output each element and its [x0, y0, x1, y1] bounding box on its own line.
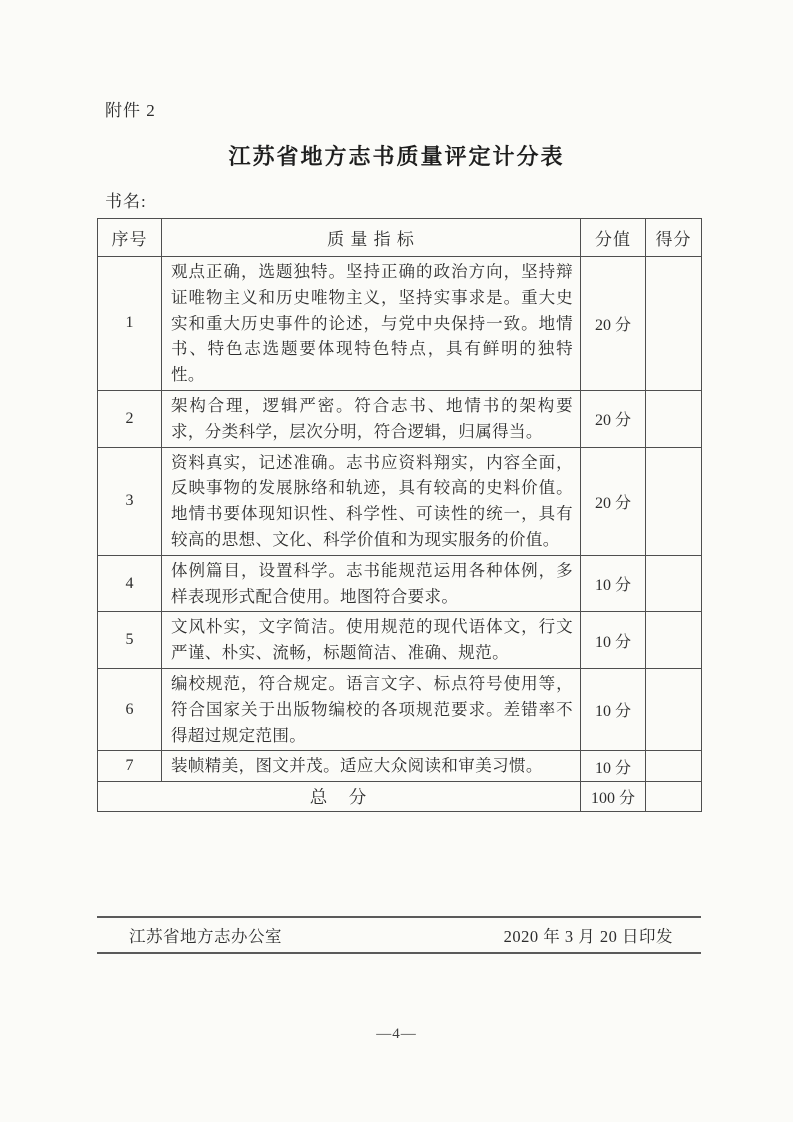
table-header-row: 序号 质 量 指 标 分值 得分 — [98, 219, 702, 257]
indicator-text: 文风朴实，文字简洁。使用规范的现代语体文，行文严谨、朴实、流畅，标题简洁、准确、… — [162, 612, 581, 669]
score-cell — [646, 257, 702, 391]
indicator-text: 编校规范，符合规定。语言文字、标点符号使用等，符合国家关于出版物编校的各项规范要… — [162, 668, 581, 750]
header-score: 得分 — [646, 219, 702, 257]
score-value: 20 分 — [581, 447, 646, 555]
score-value: 20 分 — [581, 257, 646, 391]
row-number: 4 — [98, 555, 162, 612]
row-number: 2 — [98, 390, 162, 447]
table-row: 2架构合理，逻辑严密。符合志书、地情书的架构要求，分类科学，层次分明，符合逻辑，… — [98, 390, 702, 447]
indicator-text: 架构合理，逻辑严密。符合志书、地情书的架构要求，分类科学，层次分明，符合逻辑，归… — [162, 390, 581, 447]
issuer-text: 江苏省地方志办公室 — [129, 923, 282, 947]
score-cell — [646, 751, 702, 782]
score-cell — [646, 668, 702, 750]
book-name-label: 书名: — [105, 187, 147, 212]
footer: 江苏省地方志办公室 2020 年 3 月 20 日印发 — [97, 916, 701, 954]
indicator-text: 资料真实，记述准确。志书应资料翔实，内容全面，反映事物的发展脉络和轨迹，具有较高… — [162, 447, 581, 555]
table-row: 6编校规范，符合规定。语言文字、标点符号使用等，符合国家关于出版物编校的各项规范… — [98, 668, 702, 750]
header-quality-indicator: 质 量 指 标 — [162, 219, 581, 257]
table-row: 1观点正确，选题独特。坚持正确的政治方向，坚持辩证唯物主义和历史唯物主义，坚持实… — [98, 257, 702, 391]
total-score-value: 100 分 — [581, 782, 646, 812]
score-value: 10 分 — [581, 612, 646, 669]
header-serial-number: 序号 — [98, 219, 162, 257]
indicator-text: 装帧精美，图文并茂。适应大众阅读和审美习惯。 — [162, 751, 581, 782]
score-table-body: 1观点正确，选题独特。坚持正确的政治方向，坚持辩证唯物主义和历史唯物主义，坚持实… — [98, 257, 702, 782]
score-value: 10 分 — [581, 668, 646, 750]
table-row: 4体例篇目，设置科学。志书能规范运用各种体例，多样表现形式配合使用。地图符合要求… — [98, 555, 702, 612]
indicator-text: 观点正确，选题独特。坚持正确的政治方向，坚持辩证唯物主义和历史唯物主义，坚持实事… — [162, 257, 581, 391]
table-row: 3资料真实，记述准确。志书应资料翔实，内容全面，反映事物的发展脉络和轨迹，具有较… — [98, 447, 702, 555]
score-cell — [646, 612, 702, 669]
total-label: 总 分 — [98, 782, 581, 812]
score-cell — [646, 390, 702, 447]
indicator-text: 体例篇目，设置科学。志书能规范运用各种体例，多样表现形式配合使用。地图符合要求。 — [162, 555, 581, 612]
print-date-text: 2020 年 3 月 20 日印发 — [504, 923, 673, 947]
page-title: 江苏省地方志书质量评定计分表 — [0, 140, 793, 171]
row-number: 5 — [98, 612, 162, 669]
row-number: 1 — [98, 257, 162, 391]
attachment-label: 附件 2 — [105, 96, 156, 121]
score-cell — [646, 447, 702, 555]
table-row: 5文风朴实，文字简洁。使用规范的现代语体文，行文严谨、朴实、流畅，标题简洁、准确… — [98, 612, 702, 669]
total-score-cell — [646, 782, 702, 812]
row-number: 6 — [98, 668, 162, 750]
score-table: 序号 质 量 指 标 分值 得分 1观点正确，选题独特。坚持正确的政治方向，坚持… — [97, 218, 702, 812]
row-number: 7 — [98, 751, 162, 782]
score-value: 10 分 — [581, 555, 646, 612]
score-value: 20 分 — [581, 390, 646, 447]
header-score-value: 分值 — [581, 219, 646, 257]
score-value: 10 分 — [581, 751, 646, 782]
total-row: 总 分 100 分 — [98, 782, 702, 812]
table-row: 7装帧精美，图文并茂。适应大众阅读和审美习惯。10 分 — [98, 751, 702, 782]
row-number: 3 — [98, 447, 162, 555]
page-number: —4— — [0, 1026, 793, 1043]
score-cell — [646, 555, 702, 612]
